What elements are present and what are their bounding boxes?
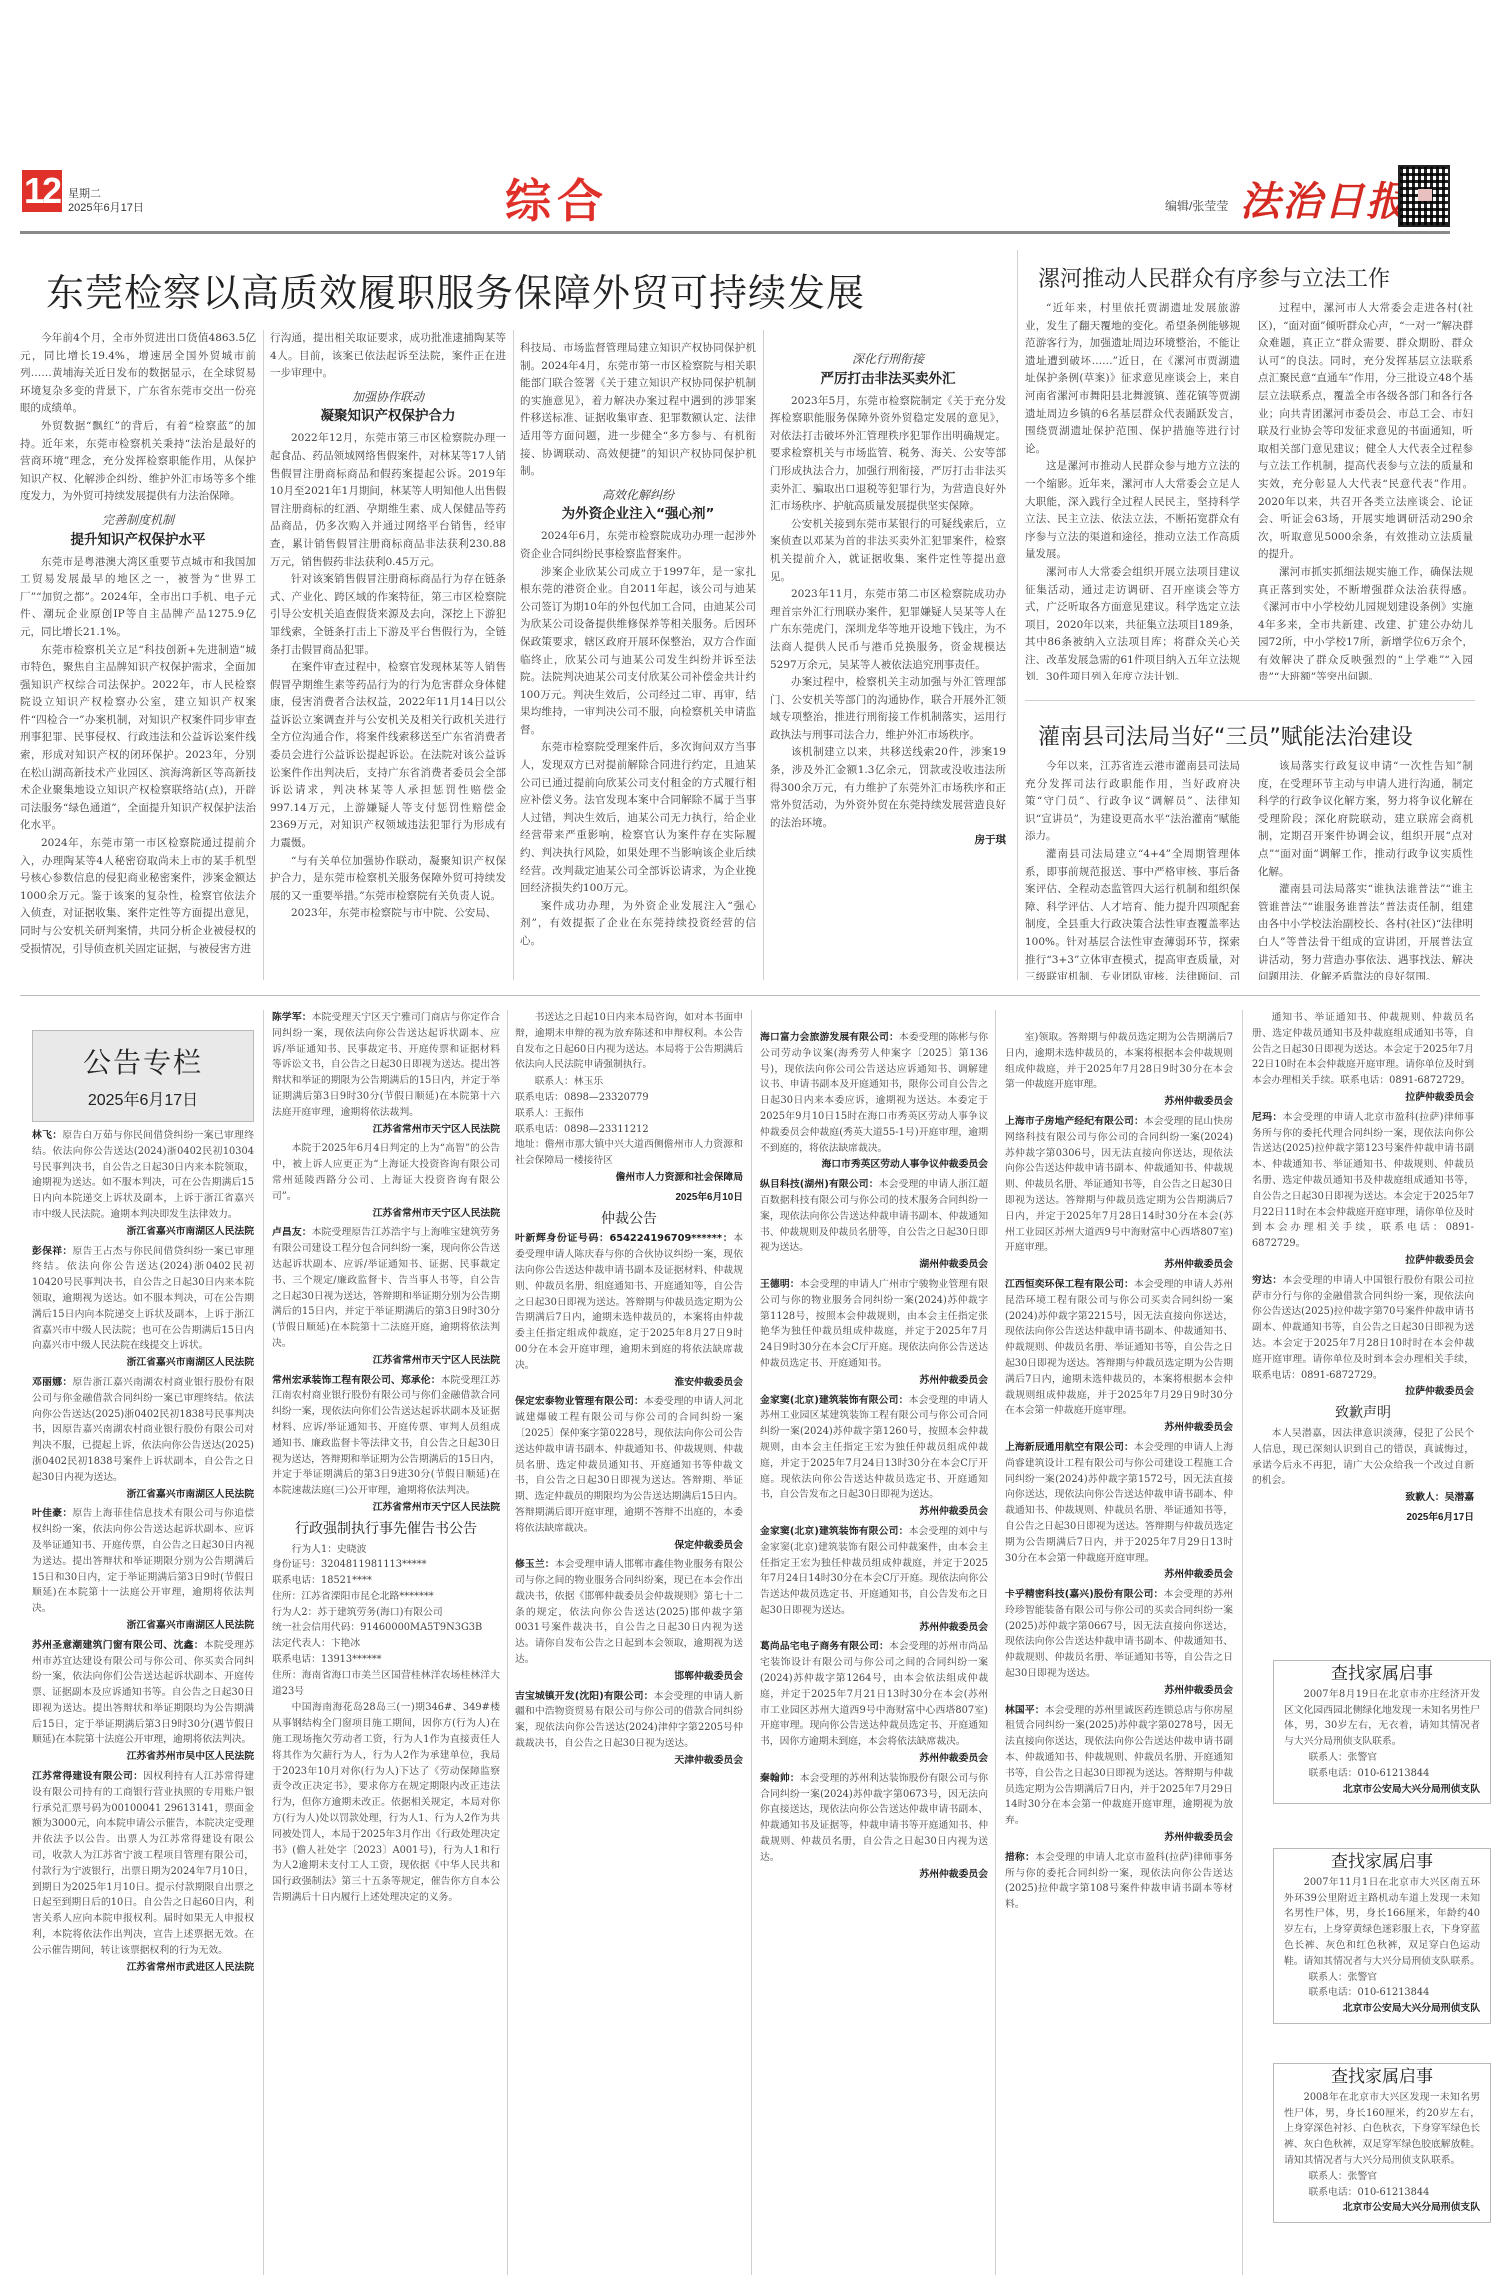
notice-column-3: 书送达之日起10日内来本局咨询，如对本书面申辩，逾期未申辩的视为放弃陈述和申辩权… <box>515 1010 743 2278</box>
column-divider <box>751 1010 752 2275</box>
notice-signature: 北京市公安局大兴分局刑侦支队 <box>1284 1782 1480 1798</box>
notice-signature: 江苏省苏州市吴中区人民法院 <box>32 1749 254 1765</box>
notice-signature: 北京市公安局大兴分局刑侦支队 <box>1284 2001 1480 2017</box>
notice-body: 本会受理的申请人上海尚睿建筑设计工程有限公司与你公司建设工程施工合同纠纷一案(2… <box>1005 1442 1233 1564</box>
notice-signature: 苏州仲裁委员会 <box>760 1751 988 1767</box>
paragraph: 外贸数据“飘红”的背后，有着“检察蓝”的加持。近年来，东莞市检察机关秉持“法治是… <box>20 418 256 506</box>
notice-item: 吉宝城镇开发(沈阳)有限公司：本会受理的申请人新疆和中浩物资贸易有限公司与你公司… <box>515 1689 743 1752</box>
notice-signature: 苏州仲裁委员会 <box>760 1373 988 1389</box>
notice-addressee: 尼玛 <box>1252 1112 1272 1123</box>
notice-body: 本会受理的申请人浙江超百数据科技有限公司与你公司的技术服务合同纠纷一案，现依法向… <box>760 1179 988 1253</box>
page-divider <box>20 995 1480 996</box>
notice-item: 上海市子房地产经纪有限公司：本会受理的昆山快房网络科技有限公司与你公司的合同纠纷… <box>1005 1114 1233 1256</box>
notice-date: 2025年6月10日 <box>515 1190 743 1206</box>
notice-item: 联系人：林玉乐 联系电话：0898—23320779 联系人：王振伟 联系电话：… <box>515 1074 743 1169</box>
notice-item: 纵目科技(湖州)有限公司：本会受理的申请人浙江超百数据科技有限公司与你公司的技术… <box>760 1177 988 1256</box>
paragraph: 在案件审查过程中，检察官发现林某等人销售假冒孕期维生素等药品行为的行为危害群众身… <box>270 659 506 853</box>
section-title: 综合 <box>505 165 609 231</box>
notice-item: 本人吴潜嘉，因法律意识淡薄，侵犯了公民个人信息，现已深刻认识到自己的错误，真诚悔… <box>1252 1426 1474 1489</box>
notice-body: 联系人：林玉乐 联系电话：0898—23320779 联系人：王振伟 联系电话：… <box>515 1076 743 1166</box>
masthead-rule <box>20 231 1450 234</box>
notice-addressee: 叶新辉身份证号码：654224196709****** <box>515 1233 722 1244</box>
subhead-main: 严厉打击非法买卖外汇 <box>770 369 1006 389</box>
notice-item: 修玉兰：本会受理申请人邯郸市鑫佳物业服务有限公司与你之间的物业服务合同纠纷案，现… <box>515 1557 743 1668</box>
guannan-column-2: 该局落实行政复议申请“一次性告知”制度，在受理环节主动与申请人进行沟通，制定科学… <box>1258 758 1473 980</box>
paragraph: 今年以来，江苏省连云港市灌南县司法局充分发挥司法行政职能作用，当好政府决策“守门… <box>1025 758 1240 846</box>
notice-addressee: 江西恒奕环保工程有限公司 <box>1005 1279 1124 1290</box>
colon: ： <box>302 1012 312 1023</box>
notice-signature: 苏州仲裁委员会 <box>760 1504 988 1520</box>
notice-text: 2008年在北京市大兴区发现一未知名男性尸体，男，身长160厘米，约20岁左右，… <box>1284 2090 1480 2169</box>
notice-signature: 苏州仲裁委员会 <box>1005 1257 1233 1273</box>
lead-column-3: 科技局、市场监督管理局建立知识产权协同保护机制。2024年4月，东莞市第一市区检… <box>520 340 756 980</box>
guannan-headline: 灌南县司法局当好“三员”赋能法治建设 <box>1038 720 1413 751</box>
notice-item: 秦翰帅：本会受理的苏州利达装饰股份有限公司与你合同纠纷一案(2024)苏仲裁字第… <box>760 1771 988 1866</box>
paragraph: 2024年6月，东莞市检察院成功办理一起涉外资企业合同纠纷民事检察监督案件。 <box>520 528 756 563</box>
notice-signature: 江苏省常州市天宁区人民法院 <box>272 1206 500 1222</box>
colon: ： <box>1272 1275 1282 1286</box>
notice-signature: 苏州仲裁委员会 <box>1005 1094 1233 1110</box>
colon: ： <box>62 1508 72 1519</box>
column-divider <box>1242 1010 1243 2275</box>
notice-item: 书送达之日起10日内来本局咨询，如对本书面申辩，逾期未申辩的视为放弃陈述和申辩权… <box>515 1010 743 1073</box>
contact-person: 联系人：张警官 <box>1284 2169 1480 2185</box>
notice-body: 本会受理的申请人北京市盈科(拉萨)律师事务所与你的委托代理合同纠纷一案，现依法向… <box>1252 1112 1474 1249</box>
column-divider <box>513 330 514 980</box>
colon: ： <box>790 1279 800 1290</box>
colon: ： <box>1124 1279 1134 1290</box>
colon: ： <box>899 1526 909 1537</box>
subhead-kicker: 高效化解纠纷 <box>520 487 756 505</box>
notice-body: 本委受理的申请人河北诚建爆破工程有限公司与你公司的合同纠纷一案〔2025〕保仲案… <box>515 1396 743 1533</box>
notice-body: 因权利持有人江苏常得建设有限公司持有的工商银行营业执照的专用账户银行承兑汇票号码… <box>32 1771 254 1956</box>
notice-signature: 儋州市人力资源和社会保障局 <box>515 1170 743 1186</box>
notice-item: 卡乎精密科技(嘉兴)股份有限公司：本会受理的苏州玲珍智能装备有限公司与你公司的买… <box>1005 1587 1233 1682</box>
colon: ： <box>431 1375 441 1386</box>
colon: ： <box>545 1559 555 1570</box>
notice-addressee: 纵目科技(湖州)有限公司 <box>760 1179 869 1190</box>
notice-text: 2007年8月19日在北京市亦庄经济开发区文化园西园北侧绿化地发现一未知名男性尸… <box>1284 1687 1480 1750</box>
notice-addressee: 秦翰帅 <box>760 1773 790 1784</box>
notice-item: 通知书、举证通知书、仲裁规则、仲裁员名册、选定仲裁员通知书及仲裁庭组成通知书等，… <box>1252 1010 1474 1089</box>
notice-signature: 苏州仲裁委员会 <box>760 1620 988 1636</box>
notice-item: 穷达：本会受理的申请人中国银行股份有限公司拉萨市分行与你的金融借款合同纠纷一案，… <box>1252 1273 1474 1384</box>
notice-addressee: 葛尚品宅电子商务有限公司 <box>760 1641 879 1652</box>
notice-signature: 浙江省嘉兴市南湖区人民法院 <box>32 1487 254 1503</box>
notice-text: 2007年11月1日在北京市大兴区南五环外环39公里附近主路机动车道上发现一未知… <box>1284 1875 1480 1970</box>
notice-body: 原告浙江嘉兴南湖农村商业银行股份有限公司与你金融借款合同纠纷一案已审理终结。依法… <box>32 1377 254 1483</box>
subhead-kicker: 加强协作联动 <box>270 389 506 407</box>
colon: ： <box>634 1396 644 1407</box>
colon: ： <box>1035 1705 1045 1716</box>
notice-body: 本会受理的苏州里诚医药连锁总店与你房屋租赁合同纠纷一案(2025)苏仲裁字第02… <box>1005 1705 1233 1827</box>
notice-box-title: 公告专栏 <box>33 1041 253 1081</box>
notice-body: 通知书、举证通知书、仲裁规则、仲裁员名册、选定仲裁员通知书及仲裁庭组成通知书等，… <box>1252 1012 1474 1086</box>
notice-item: 行为人1：史晓波 身份证号：3204811981113***** 联系电话：18… <box>272 1542 500 1700</box>
notice-item: 邓丽娜：原告浙江嘉兴南湖农村商业银行股份有限公司与你金融借款合同纠纷一案已审理终… <box>32 1375 254 1486</box>
notice-item: 江西恒奕环保工程有限公司：本会受理的申请人苏州昆浩环境工程有限公司与你公司买卖合… <box>1005 1277 1233 1419</box>
luohe-headline: 漯河推动人民群众有序参与立法工作 <box>1038 262 1390 293</box>
paragraph: 2023年，东莞市检察院与市中院、公安局、 <box>270 905 506 923</box>
paragraph: 东莞市检察院受理案件后，多次询问双方当事人，发现双方已对提前解除合同进行约定，且… <box>520 739 756 897</box>
notice-signature: 浙江省嘉兴市南湖区人民法院 <box>32 1224 254 1240</box>
missing-person-notice: 查找家属启事 2008年在北京市大兴区发现一未知名男性尸体，男，身长160厘米，… <box>1273 2063 1491 2223</box>
paragraph: 漯河市人大常委会组织开展立法项目建议征集活动，通过走访调研、召开座谈会等方式，广… <box>1025 564 1240 680</box>
newspaper-logo: 法治日报 <box>1240 170 1408 227</box>
newspaper-page: 12 星期二 2025年6月17日 综合 编辑/张莹莹 法治日报 东莞检察以高质… <box>20 0 1480 2279</box>
notice-item: 上海新辰通用航空有限公司：本会受理的申请人上海尚睿建筑设计工程有限公司与你公司建… <box>1005 1440 1233 1566</box>
masthead: 12 星期二 2025年6月17日 综合 编辑/张莹莹 法治日报 <box>20 165 1480 245</box>
notice-item: 室)领取。答辩期与仲裁员选定期为公告期满后7日内，逾期未选仲裁员的，本案将根据本… <box>1005 1030 1233 1093</box>
paragraph: 东莞市是粤港澳大湾区重要节点城市和我国加工贸易发展最早的地区之一，被誉为“世界工… <box>20 554 256 642</box>
notice-signature: 江苏省常州市武进区人民法院 <box>32 1960 254 1976</box>
colon: ： <box>644 1691 654 1702</box>
notice-title: 致歉声明 <box>1252 1406 1474 1422</box>
notice-addressee: 林国平 <box>1005 1705 1035 1716</box>
paragraph: “与有关单位加强协作联动，凝聚知识产权保护合力，是东莞市检察机关服务保障外贸可持… <box>270 853 506 906</box>
notice-addressee: 常州宏承装饰工程有限公司、郑承伦 <box>272 1375 431 1386</box>
colon: ： <box>1124 1442 1134 1453</box>
lead-column-4: 深化行刑衔接 严厉打击非法买卖外汇 2023年5月，东莞市检察院制定《关于充分发… <box>770 345 1006 980</box>
notice-body: 本会受理的昆山快房网络科技有限公司与你公司的合同纠纷一案(2024)苏仲裁字第0… <box>1005 1116 1233 1253</box>
notice-addressee: 修玉兰 <box>515 1559 545 1570</box>
notice-item: 金家窦(北京)建筑装饰有限公司：本会受理的刘中与金家窦(北京)建筑装饰有限公司仲… <box>760 1524 988 1619</box>
notice-item: 林飞：原告白万茹与你民间借贷纠纷一案已审理终结。依法向你公告送达(2024)浙0… <box>32 1128 254 1223</box>
column-divider <box>1017 250 1018 980</box>
notice-item: 本院于2025年6月4日判定的上为“高智”的公告中，被上诉人应更正为“上海证大投… <box>272 1141 500 1204</box>
notice-body: 本会受理的申请人广州市宁骏物业管理有限公司与你的物业服务合同纠纷一案(2024)… <box>760 1279 988 1369</box>
guannan-column-1: 今年以来，江苏省连云港市灌南县司法局充分发挥司法行政职能作用，当好政府决策“守门… <box>1025 758 1240 980</box>
notice-item: 措称：本会受理的申请人北京市盈科(拉萨)律师事务所与你的委托合同纠纷一案，现依法… <box>1005 1850 1233 1913</box>
subhead-kicker: 深化行刑衔接 <box>770 351 1006 369</box>
notice-addressee: 吉宝城镇开发(沈阳)有限公司 <box>515 1691 644 1702</box>
notice-title: 查找家属启事 <box>1284 2070 1480 2086</box>
paragraph: 2023年11月，东莞市第二市区检察院成功办理首宗外汇行刑联办案件，犯罪嫌疑人吴… <box>770 586 1006 674</box>
notice-signature: 浙江省嘉兴市南湖区人民法院 <box>32 1355 254 1371</box>
missing-person-notice: 查找家属启事 2007年8月19日在北京市亦庄经济开发区文化园西园北侧绿化地发现… <box>1273 1660 1491 1804</box>
paragraph: 2022年12月，东莞市第三市区检察院办理一起食品、药品领域网络售假案件，对林某… <box>270 430 506 571</box>
notice-title: 行政强制执行事先催告书公告 <box>272 1522 500 1538</box>
paragraph: 2023年5月，东莞市检察院制定《关于充分发挥检察职能服务保障外资外贸稳定发展的… <box>770 393 1006 516</box>
notice-signature: 致歉人：吴潜嘉 <box>1252 1490 1474 1506</box>
notice-item: 林国平：本会受理的苏州里诚医药连锁总店与你房屋租赁合同纠纷一案(2025)苏仲裁… <box>1005 1703 1233 1829</box>
notice-date: 2025年6月17日 <box>1252 1510 1474 1526</box>
notice-column-6: 通知书、举证通知书、仲裁规则、仲裁员名册、选定仲裁员通知书及仲裁庭组成通知书等，… <box>1252 1010 1474 1590</box>
notice-item: 常州宏承装饰工程有限公司、郑承伦：本院受理江苏江南农村商业银行股份有限公司与你们… <box>272 1373 500 1499</box>
colon: ： <box>722 1233 733 1244</box>
notice-body: 本委受理申请人陈庆春与你的合伙协议纠纷一案，现依法向你公告送达仲裁申请书副本及证… <box>515 1233 743 1370</box>
notice-body: 本会受理的苏州玲珍智能装备有限公司与你公司的买卖合同纠纷一案(2025)苏仲裁字… <box>1005 1589 1233 1679</box>
colon: ： <box>889 1032 899 1043</box>
colon: ： <box>194 1640 204 1651</box>
notice-addressee: 王德明 <box>760 1279 790 1290</box>
colon: ： <box>1025 1852 1035 1863</box>
notice-addressee: 卢昌友 <box>272 1227 302 1238</box>
notice-body: 本人吴潜嘉，因法律意识淡薄，侵犯了公民个人信息，现已深刻认识到自己的错误，真诚悔… <box>1252 1428 1474 1486</box>
notice-column-header: 公告专栏 2025年6月17日 <box>32 1030 254 1122</box>
notice-addressee: 上海新辰通用航空有限公司 <box>1005 1442 1124 1453</box>
paragraph: 办案过程中，检察机关主动加强与外汇管理部门、公安机关等部门的沟通协作，联合开展外… <box>770 674 1006 744</box>
subhead: 完善制度机制 提升知识产权保护水平 <box>20 512 256 550</box>
subhead: 高效化解纠纷 为外资企业注入“强心剂” <box>520 487 756 525</box>
colon: ： <box>52 1130 62 1141</box>
notice-box-date: 2025年6月17日 <box>33 1087 253 1110</box>
notice-item: 卢昌友：本院受理原告江苏浩宇与上海唯宝建筑劳务有限公司建设工程分包合同纠纷一案，… <box>272 1225 500 1351</box>
notice-addressee: 彭保祥 <box>32 1246 62 1257</box>
paragraph: “近年来，村里依托贾湖遗址发展旅游业，发生了翻天覆地的变化。希望条例能够规范游客… <box>1025 300 1240 458</box>
notice-addressee: 保定宏泰物业管理有限公司 <box>515 1396 634 1407</box>
notice-item: 中国海南海花岛28岛三(一)期346#、349#楼从事钢结构全门窗项目施工期间，… <box>272 1700 500 1905</box>
column-divider <box>995 1010 996 2275</box>
notice-signature: 邯郸仲裁委员会 <box>515 1669 743 1685</box>
colon: ： <box>62 1246 72 1257</box>
notice-addressee: 上海市子房地产经纪有限公司 <box>1005 1116 1134 1127</box>
notice-body: 本院受理江苏江南农村商业银行股份有限公司与你们金融借款合同纠纷一案，现依法向你们… <box>272 1375 500 1497</box>
notice-body: 本院受理原告江苏浩宇与上海唯宝建筑劳务有限公司建设工程分包合同纠纷一案，现向你公… <box>272 1227 500 1349</box>
notice-title: 查找家属启事 <box>1284 1855 1480 1871</box>
notice-addressee: 叶佳豪 <box>32 1508 62 1519</box>
notice-body: 本会受理的苏州利达装饰股份有限公司与你合同纠纷一案(2024)苏仲裁字第0673… <box>760 1773 988 1863</box>
subhead-main: 提升知识产权保护水平 <box>20 530 256 550</box>
column-divider <box>263 330 264 980</box>
luohe-column-1: “近年来，村里依托贾湖遗址发展旅游业，发生了翻天覆地的变化。希望条例能够规范游客… <box>1025 300 1240 680</box>
notice-signature: 北京市公安局大兴分局刑侦支队 <box>1284 2200 1480 2216</box>
notice-body: 原告上海菲佳信息技术有限公司与你追偿权纠纷一案，依法向你公告送达起诉状副本、应诉… <box>32 1508 254 1614</box>
notice-signature: 江苏省常州市天宁区人民法院 <box>272 1122 500 1138</box>
notice-body: 原告王占杰与你民间借贷纠纷一案已审理终结。依法向你公告送达(2024)浙0402… <box>32 1246 254 1352</box>
notice-body: 室)领取。答辩期与仲裁员选定期为公告期满后7日内，逾期未选仲裁员的，本案将根据本… <box>1005 1032 1233 1090</box>
contact-person: 联系人：张警官 <box>1284 1970 1480 1986</box>
colon: ： <box>1154 1589 1164 1600</box>
notice-column-1: 林飞：原告白万茹与你民间借贷纠纷一案已审理终结。依法向你公告送达(2024)浙0… <box>32 1128 254 2278</box>
contact-phone: 联系电话：010-61213844 <box>1284 1985 1480 2001</box>
notice-body: 本会受理的申请人苏州昆浩环境工程有限公司与你公司买卖合同纠纷一案(2024)苏仲… <box>1005 1279 1233 1416</box>
colon: ： <box>302 1227 312 1238</box>
notice-item: 尼玛：本会受理的申请人北京市盈科(拉萨)律师事务所与你的委托代理合同纠纷一案，现… <box>1252 1110 1474 1252</box>
paragraph: 今年前4个月，全市外贸进出口货值4863.5亿元，同比增长19.4%，增速居全国… <box>20 330 256 418</box>
notice-addressee: 海口富力会旅游发展有限公司 <box>760 1032 889 1043</box>
notice-body: 中国海南海花岛28岛三(一)期346#、349#楼从事钢结构全门窗项目施工期间，… <box>272 1702 500 1903</box>
notice-signature: 江苏省常州市天宁区人民法院 <box>272 1353 500 1369</box>
paragraph: 涉案企业欣某公司成立于1997年，是一家扎根东莞的港资企业。自2011年起，该公… <box>520 564 756 740</box>
notice-addressee: 邓丽娜 <box>32 1377 62 1388</box>
missing-person-notice: 查找家属启事 2007年11月1日在北京市大兴区南五环外环39公里附近主路机动车… <box>1273 1848 1491 2024</box>
notice-signature: 苏州仲裁委员会 <box>1005 1420 1233 1436</box>
notice-addressee: 苏州圣意潮建筑门窗有限公司、沈鑫 <box>32 1640 194 1651</box>
notice-signature: 拉萨仲裁委员会 <box>1252 1090 1474 1106</box>
lead-headline: 东莞检察以高质效履职服务保障外贸可持续发展 <box>46 262 865 317</box>
paragraph: 灌南县司法局建立“4+4”全周期管理体系，即事前规范报送、事中严格审核、事后备案… <box>1025 846 1240 980</box>
column-divider <box>507 1010 508 2275</box>
notice-body: 本会受理的申请人中国银行股份有限公司拉萨市分行与你的金融借款合同纠纷一案，现依法… <box>1252 1275 1474 1381</box>
paragraph: 该局落实行政复议申请“一次性告知”制度，在受理环节主动与申请人进行沟通，制定科学… <box>1258 758 1473 881</box>
issue-date: 2025年6月17日 <box>68 199 144 215</box>
notice-addressee: 穷达 <box>1252 1275 1272 1286</box>
paragraph: 东莞市检察机关立足“科技创新+先进制造”城市特色，聚焦自主品牌知识产权保护需求，… <box>20 642 256 836</box>
notice-item: 葛尚品宅电子商务有限公司：本会受理的苏州市尚品宅装饰设计有限公司与你公司之间的合… <box>760 1639 988 1750</box>
paragraph: 科技局、市场监督管理局建立知识产权协同保护机制。2024年4月，东莞市第一市区检… <box>520 340 756 481</box>
page-number: 12 <box>22 170 62 212</box>
subhead-main: 凝聚知识产权保护合力 <box>270 406 506 426</box>
paragraph: 公安机关接到东莞市某银行的可疑线索后，立案侦查以邓某为首的非法买卖外汇犯罪案件，… <box>770 516 1006 586</box>
subhead: 深化行刑衔接 严厉打击非法买卖外汇 <box>770 351 1006 389</box>
subhead-kicker: 完善制度机制 <box>20 512 256 530</box>
notice-signature: 拉萨仲裁委员会 <box>1252 1253 1474 1269</box>
notice-signature: 拉萨仲裁委员会 <box>1252 1384 1474 1400</box>
contact-phone: 联系电话：010-61213844 <box>1284 2185 1480 2201</box>
qr-code-icon[interactable] <box>1398 165 1450 227</box>
notice-signature: 苏州仲裁委员会 <box>1005 1830 1233 1846</box>
notice-body: 行为人1：史晓波 身份证号：3204811981113***** 联系电话：18… <box>272 1544 500 1697</box>
paragraph: 该机制建立以来，共移送线索20件，涉案19条，涉及外汇金额1.3亿余元，罚款或没… <box>770 744 1006 832</box>
notice-addressee: 卡乎精密科技(嘉兴)股份有限公司 <box>1005 1589 1154 1600</box>
notice-item: 彭保祥：原告王占杰与你民间借贷纠纷一案已审理终结。依法向你公告送达(2024)浙… <box>32 1244 254 1355</box>
notice-item: 金家窦(北京)建筑装饰有限公司：本会受理的申请人苏州工业园区某建筑装饰工程有限公… <box>760 1393 988 1504</box>
notice-item: 叶佳豪：原告上海菲佳信息技术有限公司与你追偿权纠纷一案，依法向你公告送达起诉状副… <box>32 1506 254 1617</box>
notice-title: 查找家属启事 <box>1284 1667 1480 1683</box>
section-divider <box>1025 700 1475 701</box>
colon: ： <box>1272 1112 1282 1123</box>
notice-addressee: 林飞 <box>32 1130 52 1141</box>
notice-title: 仲裁公告 <box>515 1212 743 1228</box>
colon: ： <box>133 1771 143 1782</box>
notice-body: 本会受理申请人邯郸市鑫佳物业服务有限公司与你之间的物业服务合同纠纷案，现已在本会… <box>515 1559 743 1665</box>
notice-body: 本会受理的刘中与金家窦(北京)建筑装饰有限公司仲裁案件，由本会主任指定王宏为独任… <box>760 1526 988 1616</box>
notice-body: 本院受理天宁区天宁雅司门商店与你定作合同纠纷一案，现依法向你公告送达起诉状副本、… <box>272 1012 500 1118</box>
subhead: 加强协作联动 凝聚知识产权保护合力 <box>270 389 506 427</box>
notice-signature: 天津仲裁委员会 <box>515 1753 743 1769</box>
notice-item: 海口富力会旅游发展有限公司：本委受理的陈彬与你公司劳动争议案(海秀劳人仲案字〔2… <box>760 1030 988 1156</box>
colon: ： <box>62 1377 72 1388</box>
paragraph: 行沟通，提出相关取证要求，成功批准逮捕陶某等4人。目前，该案已依法起诉至法院，案… <box>270 330 506 383</box>
notice-column-2: 陈学军：本院受理天宁区天宁雅司门商店与你定作合同纠纷一案，现依法向你公告送达起诉… <box>272 1010 500 2278</box>
notice-signature: 苏州仲裁委员会 <box>1005 1567 1233 1583</box>
notice-body: 本会受理的苏州市尚品宅装饰设计有限公司与你公司之间的合同纠纷一案(2024)苏仲… <box>760 1641 988 1747</box>
colon: ： <box>790 1773 800 1784</box>
colon: ： <box>1134 1116 1144 1127</box>
notice-signature: 苏州仲裁委员会 <box>1005 1683 1233 1699</box>
notice-item: 王德明：本会受理的申请人广州市宁骏物业管理有限公司与你的物业服务合同纠纷一案(2… <box>760 1277 988 1372</box>
notice-item: 江苏常得建设有限公司：因权利持有人江苏常得建设有限公司持有的工商银行营业执照的专… <box>32 1769 254 1959</box>
paragraph: 2024年，东莞市第一市区检察院通过提前介入，办理陶某等4人秘密窃取尚未上市的某… <box>20 835 256 958</box>
notice-body: 本院于2025年6月4日判定的上为“高智”的公告中，被上诉人应更正为“上海证大投… <box>272 1143 500 1201</box>
colon: ： <box>869 1179 879 1190</box>
luohe-column-2: 过程中，漯河市人大常委会走进各村(社区)，“面对面”倾听群众心声，“一对一”解决… <box>1258 300 1473 680</box>
byline: 房于琪 <box>770 832 1006 850</box>
notice-addressee: 金家窦(北京)建筑装饰有限公司 <box>760 1395 899 1406</box>
contact-phone: 联系电话：010-61213844 <box>1284 1766 1480 1782</box>
paragraph: 漯河市抓实抓细法规实施工作，确保法规真正落到实处，不断增强群众法治获得感。《漯河… <box>1258 564 1473 680</box>
notice-column-4: 海口富力会旅游发展有限公司：本委受理的陈彬与你公司劳动争议案(海秀劳人仲案字〔2… <box>760 1030 988 2278</box>
notice-addressee: 金家窦(北京)建筑装饰有限公司 <box>760 1526 899 1537</box>
notice-signature: 淮安仲裁委员会 <box>515 1375 743 1391</box>
column-divider <box>263 1010 264 2275</box>
paragraph: 案件成功办理，为外资企业发展注入“强心剂”，有效提振了企业在东莞持续投资经营的信… <box>520 898 756 951</box>
notice-item: 苏州圣意潮建筑门窗有限公司、沈鑫：本院受理苏州市苏宜达建设有限公司与你公司、你买… <box>32 1638 254 1749</box>
subhead-main: 为外资企业注入“强心剂” <box>520 504 756 524</box>
notice-signature: 浙江省嘉兴市南湖区人民法院 <box>32 1618 254 1634</box>
notice-addressee: 陈学军 <box>272 1012 302 1023</box>
editor-credit: 编辑/张莹莹 <box>1165 197 1228 214</box>
notice-addressee: 措称 <box>1005 1852 1025 1863</box>
notice-item: 保定宏泰物业管理有限公司：本委受理的申请人河北诚建爆破工程有限公司与你公司的合同… <box>515 1394 743 1536</box>
lead-column-2: 行沟通，提出相关取证要求，成功批准逮捕陶某等4人。目前，该案已依法起诉至法院，案… <box>270 330 506 980</box>
notice-body: 本会受理的申请人北京市盈科(拉萨)律师事务所与你的委托合同纠纷一案，现依法向你公… <box>1005 1852 1233 1910</box>
colon: ： <box>879 1641 889 1652</box>
notice-body: 本院受理苏州市苏宜达建设有限公司与你公司、你买卖合同纠纷一案，依法向你们公告送达… <box>32 1640 254 1746</box>
notice-body: 本会受理的申请人苏州工业园区某建筑装饰工程有限公司与你公司合同纠纷一案(2024… <box>760 1395 988 1501</box>
notice-signature: 江苏省常州市天宁区人民法院 <box>272 1500 500 1516</box>
contact-person: 联系人：张警官 <box>1284 1750 1480 1766</box>
notice-item: 叶新辉身份证号码：654224196709******：本委受理申请人陈庆春与你… <box>515 1231 743 1373</box>
notice-body: 本委受理的陈彬与你公司劳动争议案(海秀劳人仲案字〔2025〕第136号)，现依法… <box>760 1032 988 1154</box>
notice-addressee: 江苏常得建设有限公司 <box>32 1771 133 1782</box>
notice-item: 陈学军：本院受理天宁区天宁雅司门商店与你定作合同纠纷一案，现依法向你公告送达起诉… <box>272 1010 500 1121</box>
notice-signature: 海口市秀英区劳动人事争议仲裁委员会 <box>760 1157 988 1173</box>
paragraph: 这是漯河市推动人民群众参与地方立法的一个缩影。近年来，漯河市人大常委会立足人大职… <box>1025 458 1240 564</box>
lead-column-1: 今年前4个月，全市外贸进出口货值4863.5亿元，同比增长19.4%，增速居全国… <box>20 330 256 980</box>
notice-body: 原告白万茹与你民间借贷纠纷一案已审理终结。依法向你公告送达(2024)浙0402… <box>32 1130 254 1220</box>
notice-signature: 湖州仲裁委员会 <box>760 1257 988 1273</box>
notice-signature: 保定仲裁委员会 <box>515 1538 743 1554</box>
column-divider <box>763 330 764 980</box>
paragraph: 过程中，漯河市人大常委会走进各村(社区)，“面对面”倾听群众心声，“一对一”解决… <box>1258 300 1473 564</box>
colon: ： <box>899 1395 909 1406</box>
notice-body: 书送达之日起10日内来本局咨询，如对本书面申辩，逾期未申辩的视为放弃陈述和申辩权… <box>515 1012 743 1070</box>
notice-signature: 苏州仲裁委员会 <box>760 1867 988 1883</box>
paragraph: 灌南县司法局落实“谁执法谁普法”“谁主管谁普法”“谁服务谁普法”普法责任制，组建… <box>1258 881 1473 980</box>
notice-column-5: 室)领取。答辩期与仲裁员选定期为公告期满后7日内，逾期未选仲裁员的，本案将根据本… <box>1005 1030 1233 2278</box>
paragraph: 针对该案销售假冒注册商标商品行为存在链条式、产业化、跨区域的作案特征，第三市区检… <box>270 571 506 659</box>
